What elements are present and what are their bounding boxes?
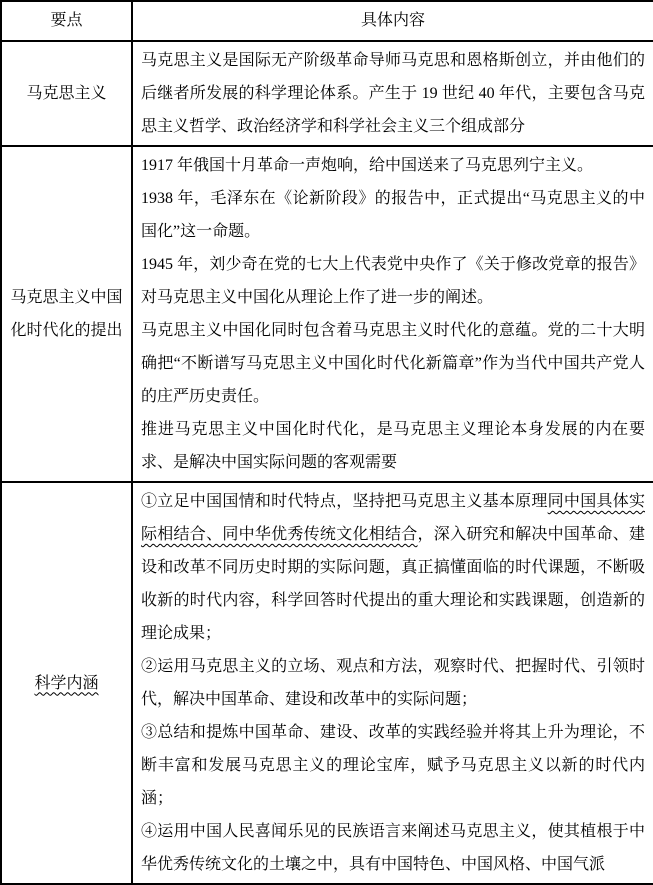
content-paragraph: 1917 年俄国十月革命一声炮响，给中国送来了马克思列宁主义。 xyxy=(141,149,645,182)
text-segment: ③总结和提炼中国革命、建设、改革的实践经验并将其上升为理论，不断丰富和发展马克思… xyxy=(141,724,645,807)
content-paragraph: 马克思主义是国际无产阶级革命导师马克思和恩格斯创立，并由他们的后继者所发展的科学… xyxy=(141,44,645,143)
content-paragraph: 马克思主义中国化同时包含着马克思主义时代化的意蕴。党的二十大明确把“不断谱写马克… xyxy=(141,314,645,413)
content-paragraph: ③总结和提炼中国革命、建设、改革的实践经验并将其上升为理论，不断丰富和发展马克思… xyxy=(141,716,645,815)
text-segment: ④运用中国人民喜闻乐见的民族语言来阐述马克思主义，使其植根于中华优秀传统文化的土… xyxy=(141,823,645,873)
row-content-cell: 马克思主义是国际无产阶级革命导师马克思和恩格斯创立，并由他们的后继者所发展的科学… xyxy=(132,41,653,146)
table-row: 科学内涵①立足中国国情和时代特点，坚持把马克思主义基本原理同中国具体实际相结合、… xyxy=(1,482,653,884)
content-paragraph: 1938 年，毛泽东在《论新阶段》的报告中，正式提出“马克思主义的中国化”这一命… xyxy=(141,182,645,248)
text-segment: 马克思主义中国化同时包含着马克思主义时代化的意蕴。党的二十大明确把“不断谱写马克… xyxy=(141,322,645,405)
column-header-keypoint: 要点 xyxy=(1,1,132,41)
row-content-cell: ①立足中国国情和时代特点，坚持把马克思主义基本原理同中国具体实际相结合、同中华优… xyxy=(132,482,653,884)
row-key-label: 马克思主义中国化时代化的提出 xyxy=(10,289,122,339)
key-points-table: 要点 具体内容 马克思主义马克思主义是国际无产阶级革命导师马克思和恩格斯创立，并… xyxy=(0,0,653,885)
text-segment: ，深入研究和解决中国革命、建设和改革不同历史时期的实际问题，真正搞懂面临的时代课… xyxy=(141,526,645,642)
text-segment: ①立足中国国情和时代特点，坚持把马克思主义基本原理 xyxy=(141,493,548,510)
text-segment: ②运用马克思主义的立场、观点和方法，观察时代、把握时代、引领时代，解决中国革命、… xyxy=(141,658,645,708)
row-key-cell: 马克思主义 xyxy=(1,41,132,146)
content-paragraph: 推进马克思主义中国化时代化，是马克思主义理论本身发展的内在要求、是解决中国实际问… xyxy=(141,413,645,479)
content-paragraph: 1945 年，刘少奇在党的七大上代表党中央作了《关于修改党章的报告》对马克思主义… xyxy=(141,248,645,314)
content-paragraph: ②运用马克思主义的立场、观点和方法，观察时代、把握时代、引领时代，解决中国革命、… xyxy=(141,650,645,716)
text-segment: 1945 年，刘少奇在党的七大上代表党中央作了《关于修改党章的报告》对马克思主义… xyxy=(141,256,645,306)
row-key-cell: 马克思主义中国化时代化的提出 xyxy=(1,146,132,482)
text-segment: 推进马克思主义中国化时代化，是马克思主义理论本身发展的内在要求、是解决中国实际问… xyxy=(141,421,645,471)
row-key-label: 科学内涵 xyxy=(34,675,98,692)
text-segment: 1938 年，毛泽东在《论新阶段》的报告中，正式提出“马克思主义的中国化”这一命… xyxy=(141,190,645,240)
content-paragraph: ①立足中国国情和时代特点，坚持把马克思主义基本原理同中国具体实际相结合、同中华优… xyxy=(141,485,645,650)
column-header-content: 具体内容 xyxy=(132,1,653,41)
table-row: 马克思主义马克思主义是国际无产阶级革命导师马克思和恩格斯创立，并由他们的后继者所… xyxy=(1,41,653,146)
table-body: 马克思主义马克思主义是国际无产阶级革命导师马克思和恩格斯创立，并由他们的后继者所… xyxy=(1,41,653,884)
text-segment: 马克思主义是国际无产阶级革命导师马克思和恩格斯创立，并由他们的后继者所发展的科学… xyxy=(141,52,645,135)
row-key-label: 马克思主义 xyxy=(26,85,106,102)
table-header-row: 要点 具体内容 xyxy=(1,1,653,41)
row-key-cell: 科学内涵 xyxy=(1,482,132,884)
text-segment: 1917 年俄国十月革命一声炮响，给中国送来了马克思列宁主义。 xyxy=(141,157,593,174)
table-header: 要点 具体内容 xyxy=(1,1,653,41)
content-paragraph: ④运用中国人民喜闻乐见的民族语言来阐述马克思主义，使其植根于中华优秀传统文化的土… xyxy=(141,815,645,881)
row-content-cell: 1917 年俄国十月革命一声炮响，给中国送来了马克思列宁主义。1938 年，毛泽… xyxy=(132,146,653,482)
table-row: 马克思主义中国化时代化的提出1917 年俄国十月革命一声炮响，给中国送来了马克思… xyxy=(1,146,653,482)
